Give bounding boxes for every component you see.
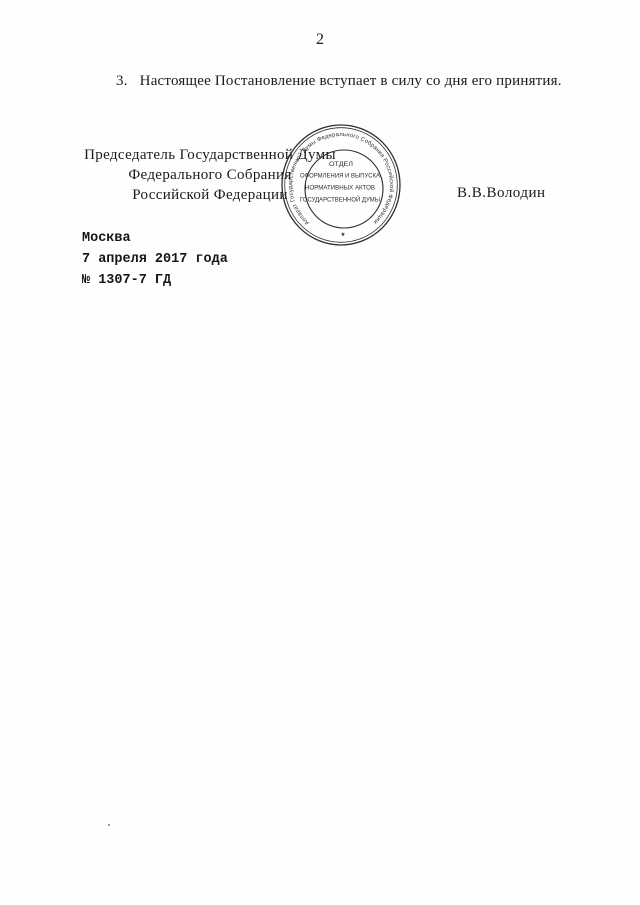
issue-city: Москва [82,228,228,249]
issue-block: Москва 7 апреля 2017 года № 1307-7 ГД [82,228,228,291]
signature-title-line-2: Федерального Собрания [78,165,342,185]
scan-speck [108,824,110,826]
signature-block: Председатель Государственной Думы Федера… [78,145,342,205]
page-number: 2 [0,32,640,48]
clause-number: 3. [116,72,128,90]
stamp-star-icon: ★ [341,232,346,238]
clause-text: Настоящее Постановление вступает в силу … [140,73,562,89]
signature-title-line-3: Российской Федерации [78,185,342,205]
signer-name: В.В.Володин [457,184,546,202]
clause-3: 3.Настоящее Постановление вступает в сил… [116,72,562,90]
issue-date: 7 апреля 2017 года [82,249,228,270]
signature-title-line-1: Председатель Государственной Думы [78,145,342,165]
document-page: 2 3.Настоящее Постановление вступает в с… [0,0,640,905]
issue-doc-number: № 1307-7 ГД [82,270,228,291]
